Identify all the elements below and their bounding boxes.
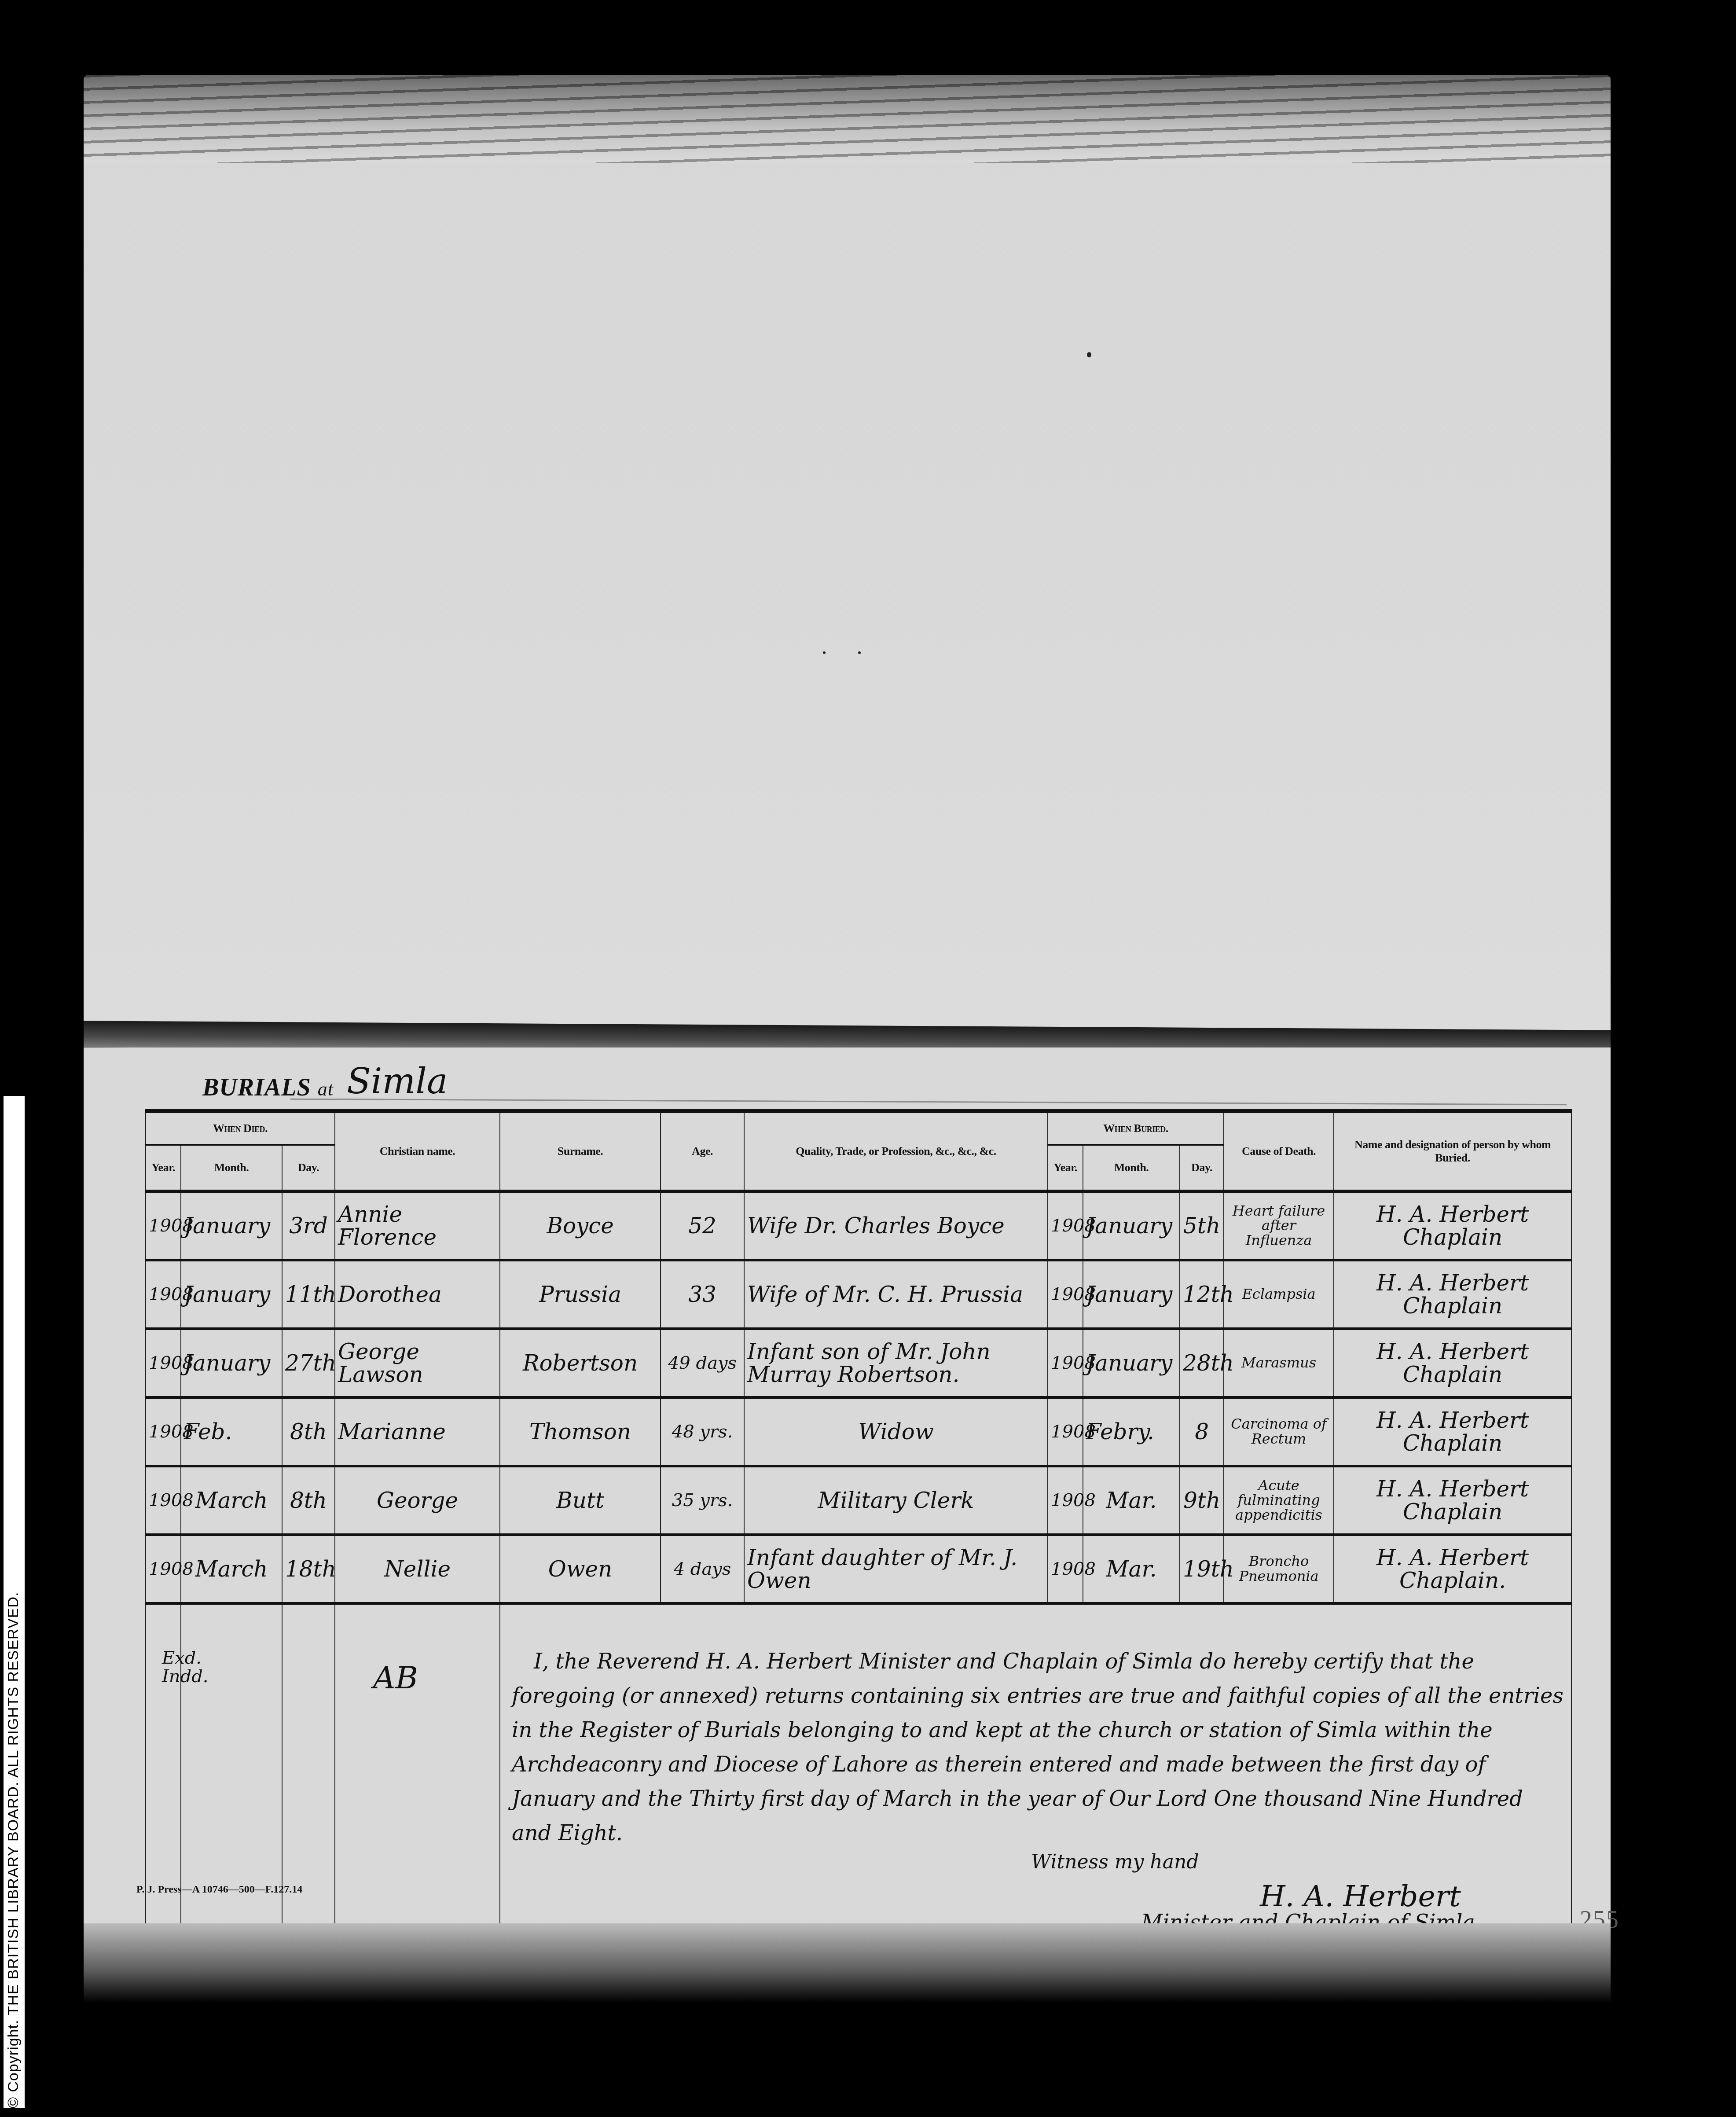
header-when-died: When Died. xyxy=(146,1111,335,1145)
buried-year: 1908 xyxy=(1048,1466,1083,1535)
title-printed: BURIALS at xyxy=(202,1073,334,1102)
signature: H. A. Herbert xyxy=(1260,1881,1568,1911)
died-month: Feb. xyxy=(181,1397,282,1466)
certificate-text: I, the Reverend H. A. Herbert Minister a… xyxy=(503,1605,1568,1850)
surname: Owen xyxy=(500,1535,661,1603)
age: 35 yrs. xyxy=(661,1466,744,1535)
buried-month: Mar. xyxy=(1083,1535,1180,1603)
age: 4 days xyxy=(661,1535,744,1603)
burials-table: When Died. Christian name. Surname. Age.… xyxy=(145,1109,1572,1963)
buried-by: H. A. Herbert Chaplain xyxy=(1334,1397,1571,1466)
blank-cell xyxy=(282,1603,335,1961)
buried-month: January xyxy=(1083,1191,1180,1261)
buried-by: H. A. Herbert Chaplain. xyxy=(1334,1535,1571,1603)
quality: Infant son of Mr. John Murray Robertson. xyxy=(744,1329,1048,1397)
died-month: January xyxy=(181,1260,282,1329)
margin-cell: Exd. Indd. xyxy=(146,1603,181,1961)
ink-mark xyxy=(858,651,861,654)
printer-mark: P. J. Press—A 10746—500—F.127.14 xyxy=(136,1884,302,1896)
cause-of-death: Broncho Pneumonia xyxy=(1224,1535,1334,1603)
surname: Boyce xyxy=(500,1191,661,1261)
died-month: March xyxy=(181,1535,282,1603)
buried-day: 28th xyxy=(1180,1329,1224,1397)
witness-line: Witness my hand xyxy=(1031,1852,1568,1872)
surname: Thomson xyxy=(500,1397,661,1466)
died-month: March xyxy=(181,1466,282,1535)
certificate-row: Exd. Indd. AB Offg. Registrar. I, the Re… xyxy=(146,1603,1571,1961)
died-year: 1908 xyxy=(146,1535,181,1603)
page-bottom-edge xyxy=(84,1923,1611,2003)
died-year: 1908 xyxy=(146,1260,181,1329)
buried-day: 12th xyxy=(1180,1260,1224,1329)
place-name: Simla xyxy=(347,1061,448,1102)
quality: Infant daughter of Mr. J. Owen xyxy=(744,1535,1048,1603)
ink-mark xyxy=(1087,352,1091,357)
christian-name: Annie Florence xyxy=(335,1191,500,1261)
quality: Wife Dr. Charles Boyce xyxy=(744,1191,1048,1261)
margin-note: Exd. Indd. xyxy=(149,1605,178,1686)
page-edge-stack xyxy=(84,75,1611,163)
buried-day: 19th xyxy=(1180,1535,1224,1603)
buried-year: 1908 xyxy=(1048,1260,1083,1329)
buried-by: H. A. Herbert Chaplain xyxy=(1334,1191,1571,1261)
christian-name: Marianne xyxy=(335,1397,500,1466)
died-day: 8th xyxy=(282,1466,335,1535)
table-row: 1908 March 8th George Butt 35 yrs. Milit… xyxy=(146,1466,1571,1535)
table-row: 1908 January 3rd Annie Florence Boyce 52… xyxy=(146,1191,1571,1261)
buried-day: 5th xyxy=(1180,1191,1224,1261)
header-when-buried: When Buried. xyxy=(1048,1111,1224,1145)
surname: Prussia xyxy=(500,1260,661,1329)
header-buried-day: Day. xyxy=(1180,1145,1224,1191)
buried-month: Febry. xyxy=(1083,1397,1180,1466)
cause-of-death: Eclampsia xyxy=(1224,1260,1334,1329)
died-day: 8th xyxy=(282,1397,335,1466)
copyright-strip: © Copyright. THE BRITISH LIBRARY BOARD. … xyxy=(4,1096,25,2108)
header-died-year: Year. xyxy=(146,1145,181,1191)
quality: Wife of Mr. C. H. Prussia xyxy=(744,1260,1048,1329)
buried-day: 9th xyxy=(1180,1466,1224,1535)
died-year: 1908 xyxy=(146,1191,181,1261)
header-buried-month: Month. xyxy=(1083,1145,1180,1191)
cause-of-death: Heart failure after Influenza xyxy=(1224,1191,1334,1261)
header-buried-by: Name and designation of person by whom B… xyxy=(1334,1111,1571,1191)
copyright-text: © Copyright. THE BRITISH LIBRARY BOARD. … xyxy=(5,1592,22,2108)
died-month: January xyxy=(181,1191,282,1261)
buried-year: 1908 xyxy=(1048,1397,1083,1466)
header-christian-name: Christian name. xyxy=(335,1111,500,1191)
page-title: BURIALS at Simla xyxy=(202,1061,448,1102)
died-day: 27th xyxy=(282,1329,335,1397)
buried-month: Mar. xyxy=(1083,1466,1180,1535)
header-surname: Surname. xyxy=(500,1111,661,1191)
buried-month: January xyxy=(1083,1260,1180,1329)
buried-year: 1908 xyxy=(1048,1329,1083,1397)
age: 48 yrs. xyxy=(661,1397,744,1466)
quality: Military Clerk xyxy=(744,1466,1048,1535)
header-age: Age. xyxy=(661,1111,744,1191)
died-year: 1908 xyxy=(146,1397,181,1466)
died-year: 1908 xyxy=(146,1466,181,1535)
registrar-initials: AB xyxy=(338,1662,497,1694)
header-buried-year: Year. xyxy=(1048,1145,1083,1191)
died-year: 1908 xyxy=(146,1329,181,1397)
buried-day: 8 xyxy=(1180,1397,1224,1466)
buried-year: 1908 xyxy=(1048,1535,1083,1603)
cause-of-death: Acute fulminating appendicitis xyxy=(1224,1466,1334,1535)
christian-name: Nellie xyxy=(335,1535,500,1603)
header-cause: Cause of Death. xyxy=(1224,1111,1334,1191)
age: 33 xyxy=(661,1260,744,1329)
certificate-cell: I, the Reverend H. A. Herbert Minister a… xyxy=(500,1603,1571,1961)
cause-of-death: Carcinoma of Rectum xyxy=(1224,1397,1334,1466)
buried-by: H. A. Herbert Chaplain xyxy=(1334,1260,1571,1329)
table-row: 1908 March 18th Nellie Owen 4 days Infan… xyxy=(146,1535,1571,1603)
title-rule xyxy=(290,1099,1567,1106)
died-month: January xyxy=(181,1329,282,1397)
surname: Butt xyxy=(500,1466,661,1535)
ink-mark xyxy=(823,651,826,654)
table-row: 1908 Feb. 8th Marianne Thomson 48 yrs. W… xyxy=(146,1397,1571,1466)
christian-name: George Lawson xyxy=(335,1329,500,1397)
buried-by: H. A. Herbert Chaplain xyxy=(1334,1329,1571,1397)
quality: Widow xyxy=(744,1397,1048,1466)
register-page: BURIALS at Simla When Died. Christian na… xyxy=(84,1047,1611,1928)
buried-year: 1908 xyxy=(1048,1191,1083,1261)
died-day: 18th xyxy=(282,1535,335,1603)
christian-name: George xyxy=(335,1466,500,1535)
surname: Robertson xyxy=(500,1329,661,1397)
buried-month: January xyxy=(1083,1329,1180,1397)
died-day: 11th xyxy=(282,1260,335,1329)
table-row: 1908 January 11th Dorothea Prussia 33 Wi… xyxy=(146,1260,1571,1329)
age: 49 days xyxy=(661,1329,744,1397)
table-row: 1908 January 27th George Lawson Robertso… xyxy=(146,1329,1571,1397)
header-died-month: Month. xyxy=(181,1145,282,1191)
buried-by: H. A. Herbert Chaplain xyxy=(1334,1466,1571,1535)
header-died-day: Day. xyxy=(282,1145,335,1191)
died-day: 3rd xyxy=(282,1191,335,1261)
cause-of-death: Marasmus xyxy=(1224,1329,1334,1397)
header-quality: Quality, Trade, or Profession, &c., &c.,… xyxy=(744,1111,1048,1191)
age: 52 xyxy=(661,1191,744,1261)
upper-blank-page xyxy=(84,75,1611,1043)
registrar-cell: AB Offg. Registrar. xyxy=(335,1603,500,1961)
christian-name: Dorothea xyxy=(335,1260,500,1329)
